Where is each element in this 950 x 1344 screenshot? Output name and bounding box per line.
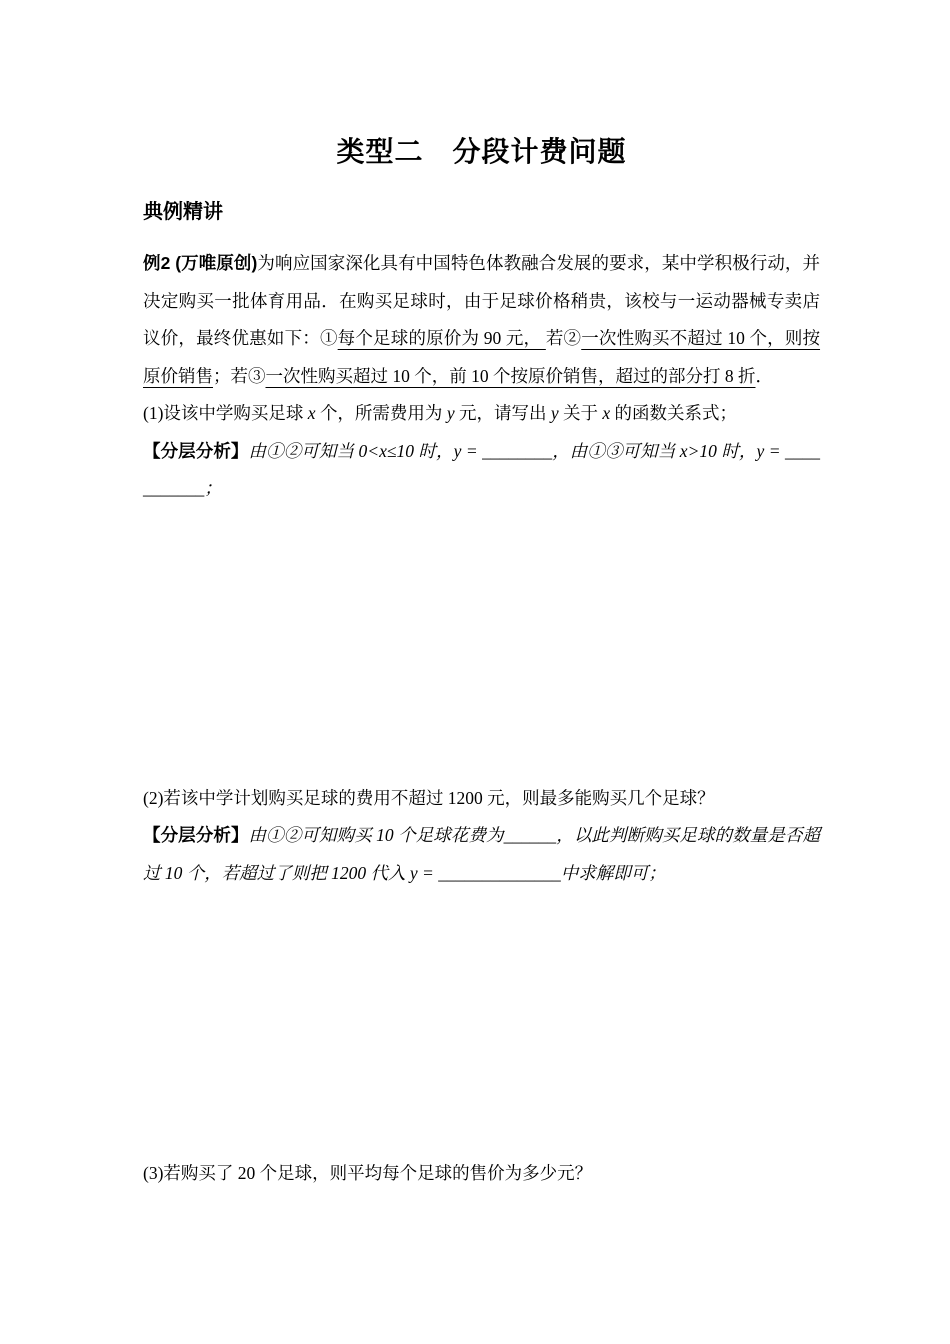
text-segment: 一次性购买超过 10 个，前 10 个按原价销售，超过的部分打 8 折 — [266, 366, 756, 386]
answer-blank: ______________ — [438, 863, 561, 883]
text-segment: x — [680, 441, 688, 461]
text-segment: (2)若该中学计划购买足球的费用不超过 1200 元，则最多能购买几个足球？ — [143, 788, 715, 808]
text-segment: 的函数关系式； — [610, 403, 737, 423]
question-1: (1)设该中学购买足球 x 个，所需费用为 y 元，请写出 y 关于 x 的函数… — [143, 395, 820, 433]
text-segment: = — [418, 863, 439, 883]
text-segment: ，由①③可知当 — [552, 441, 680, 461]
text-segment: = — [461, 441, 482, 461]
text-segment: 个，所需费用为 — [316, 403, 447, 423]
page-title: 类型二 分段计费问题 — [143, 136, 820, 168]
question-3: (3)若购买了 20 个足球，则平均每个足球的售价为多少元？ — [143, 1155, 820, 1193]
analysis-2: 【分层分析】由①②可知购买 10 个足球花费为______，以此判断购买足球的数… — [143, 817, 820, 892]
worksheet-page: 类型二 分段计费问题 典例精讲 例2 (万唯原创)为响应国家深化具有中国特色体教… — [0, 0, 950, 1344]
problem-statement: 例2 (万唯原创)为响应国家深化具有中国特色体教融合发展的要求，某中学积极行动，… — [143, 245, 820, 395]
text-segment: ≤10 时， — [387, 441, 454, 461]
text-segment: ； — [204, 478, 222, 498]
text-segment: 【分层分析】 — [143, 441, 249, 461]
text-segment: 若② — [546, 328, 581, 348]
page-content: 类型二 分段计费问题 典例精讲 例2 (万唯原创)为响应国家深化具有中国特色体教… — [0, 136, 950, 1193]
question-2: (2)若该中学计划购买足球的费用不超过 1200 元，则最多能购买几个足球？ — [143, 780, 820, 818]
text-segment: 中求解即可； — [561, 863, 666, 883]
text-segment: y — [551, 403, 559, 423]
text-segment: x — [379, 441, 387, 461]
text-segment: = — [764, 441, 785, 461]
text-segment: 关于 — [559, 403, 603, 423]
text-segment: 例2 (万唯原创) — [143, 253, 257, 273]
text-segment: ． — [756, 366, 774, 386]
text-segment: 每个足球的原价为 90 元， — [338, 328, 546, 348]
text-segment: y — [447, 403, 455, 423]
text-segment: (3)若购买了 20 个足球，则平均每个足球的售价为多少元？ — [143, 1163, 592, 1183]
text-segment: 元，请写出 — [455, 403, 551, 423]
text-segment: ；若③ — [213, 366, 266, 386]
text-segment: y — [410, 863, 418, 883]
text-segment: 【分层分析】 — [143, 825, 249, 845]
text-segment: x — [602, 403, 610, 423]
answer-blank: ________ — [482, 441, 552, 461]
text-segment: 由①②可知当 0< — [249, 441, 380, 461]
text-segment: (1)设该中学购买足球 — [143, 403, 308, 423]
text-segment: x — [308, 403, 316, 423]
analysis-1: 【分层分析】由①②可知当 0<x≤10 时，y = ________，由①③可知… — [143, 433, 820, 508]
text-segment: >10 时， — [688, 441, 757, 461]
section-heading: 典例精讲 — [143, 200, 820, 224]
answer-blank: ______ — [504, 825, 557, 845]
text-segment: 由①②可知购买 10 个足球花费为 — [249, 825, 504, 845]
